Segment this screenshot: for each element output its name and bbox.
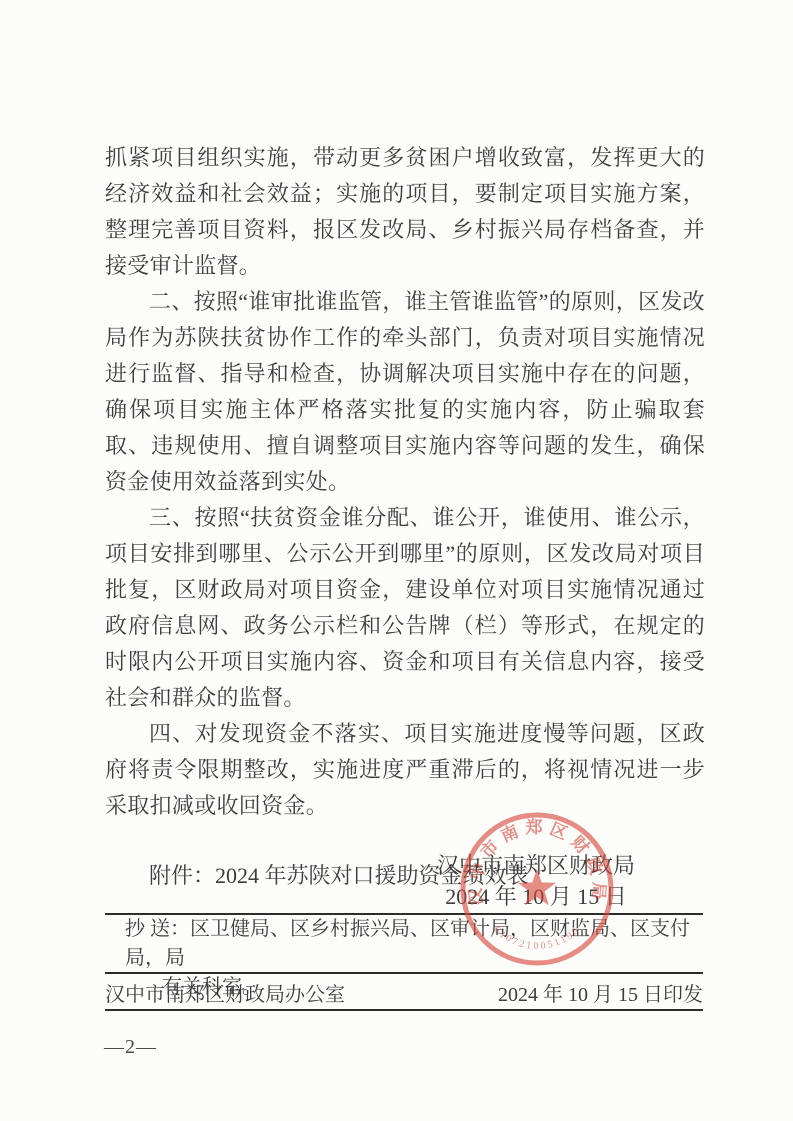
signature-block: 汉中市南郑区财政局 2024 年 10 月 15 日 <box>380 850 692 912</box>
paragraph-item-3: 三、按照“扶贫资金谁分配、谁公开，谁使用、谁公示，项目安排到哪里、公示公开到哪里… <box>105 500 705 716</box>
separator-line-middle <box>105 972 703 974</box>
body-text: 抓紧项目组织实施，带动更多贫困户增收致富，发挥更大的经济效益和社会效益；实施的项… <box>105 140 705 894</box>
page-number: —2— <box>104 1036 157 1059</box>
separator-line-top <box>105 913 703 915</box>
paragraph-continuation: 抓紧项目组织实施，带动更多贫困户增收致富，发挥更大的经济效益和社会效益；实施的项… <box>105 140 705 284</box>
cc-section: 抄 送：区卫健局、区乡村振兴局、区审计局，区财监局、区支付局，局 有关科室。 <box>105 915 703 1002</box>
paragraph-item-2: 二、按照“谁审批谁监管，谁主管谁监管”的原则，区发改局作为苏陕扶贫协作工作的牵头… <box>105 284 705 500</box>
signature-org: 汉中市南郑区财政局 <box>380 850 692 881</box>
paragraph-item-4: 四、对发现资金不落实、项目实施进度慢等问题，区政府将责令限期整改，实施进度严重滞… <box>105 716 705 824</box>
separator-line-bottom <box>105 1009 703 1011</box>
signature-date: 2024 年 10 月 15 日 <box>380 881 692 912</box>
cc-line-1: 抄 送：区卫健局、区乡村振兴局、区审计局，区财监局、区支付局，局 <box>125 915 703 973</box>
cc-line-2: 有关科室。 <box>162 973 703 1002</box>
document-page: 抓紧项目组织实施，带动更多贫困户增收致富，发挥更大的经济效益和社会效益；实施的项… <box>0 0 793 1121</box>
